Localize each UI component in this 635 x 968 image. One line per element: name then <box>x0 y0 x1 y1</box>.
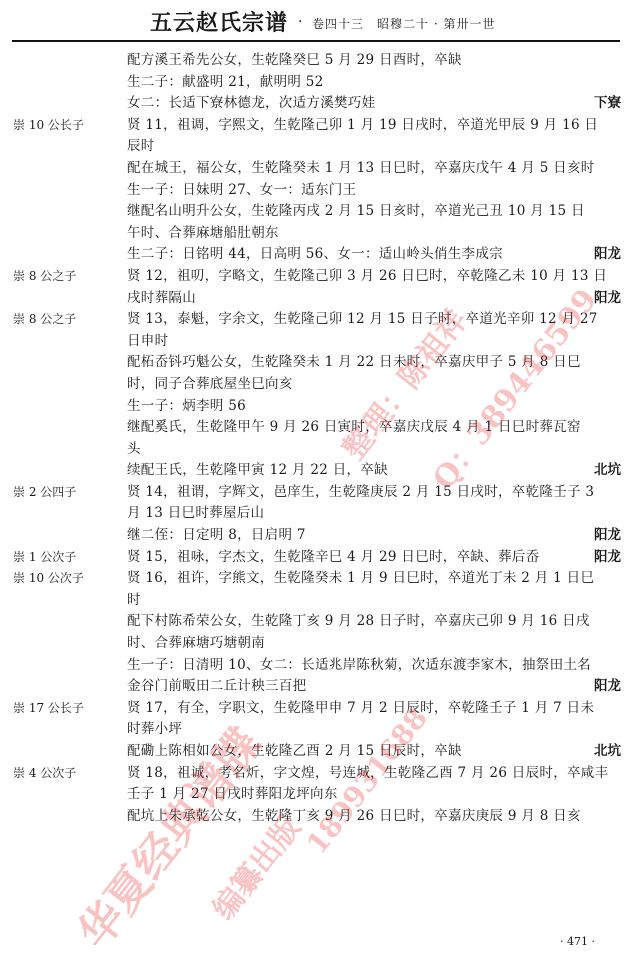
entry-text: 时，同子合葬底屋坐巳向亥 <box>127 374 293 396</box>
text-line: 时 <box>0 590 635 612</box>
text-line: 午时、合葬麻塘船肚朝东 <box>0 223 635 245</box>
entry-text: 头 <box>127 439 141 461</box>
entry-text: 继配奚氏，生乾隆甲午 9 月 26 日寅时，卒嘉庆戊辰 4 月 1 日巳时葬瓦窑 <box>127 417 581 439</box>
text-line: 继配奚氏，生乾隆甲午 9 月 26 日寅时，卒嘉庆戊辰 4 月 1 日巳时葬瓦窑 <box>0 417 635 439</box>
page-number: · 471 · <box>560 935 595 948</box>
entry-text: 戌时葬隔山 <box>127 288 196 310</box>
entry-text: 配柘岙钭巧魁公女，生乾隆癸未 1 月 22 日未时，卒嘉庆甲子 5 月 8 日巳 <box>127 352 581 374</box>
text-line: 月 13 日巳时葬屋后山 <box>0 503 635 525</box>
text-line: 崇 10 公长子贤 11，祖调，字熙文，生乾隆己卯 1 月 19 日戌时，卒道光… <box>0 115 635 137</box>
text-line: 戌时葬隔山阳龙 <box>0 288 635 310</box>
entry-text: 生一子：炳李明 56 <box>127 396 246 418</box>
place-name: 北坑 <box>594 460 621 482</box>
text-line: 日申时 <box>0 331 635 353</box>
place-name: 阳龙 <box>594 547 621 569</box>
text-line: 崇 1 公次子贤 15，祖咏，字杰文，生乾隆辛巳 4 月 29 日巳时，卒缺、葬… <box>0 547 635 569</box>
entry-text: 贤 13，泰魁，字余文，生乾隆己卯 12 月 15 日子时，卒道光辛卯 12 月… <box>127 309 598 331</box>
text-line: 生一子：日清明 10、女二：长适兆岸陈秋菊，次适东渡李家木，抽祭田土名 <box>0 655 635 677</box>
page-header: 五云赵氏宗谱 · 卷四十三 昭穆二十 · 第卅一世 <box>0 0 635 42</box>
entry-text: 贤 17，有全，字职文，生乾隆甲申 7 月 2 日辰时，卒乾隆壬子 1 月 7 … <box>127 698 594 720</box>
genealogy-entries: 配方溪王希先公女，生乾隆癸巳 5 月 29 日酉时，卒缺 生二子：献盛明 21，… <box>0 50 635 827</box>
place-name: 阳龙 <box>594 676 621 698</box>
text-line: 崇 17 公长子贤 17，有全，字职文，生乾隆甲申 7 月 2 日辰时，卒乾隆壬… <box>0 698 635 720</box>
text-line: 生二子：献盛明 21，献明明 52 <box>0 72 635 94</box>
text-line: 生二子：日铭明 44，日高明 56、女一：适山岭头俏生李成宗阳龙 <box>0 244 635 266</box>
place-name: 下寮 <box>594 93 621 115</box>
lineage-label: 崇 1 公次子 <box>13 547 76 569</box>
text-line: 配坑上朱承乾公女，生乾隆丁亥 9 月 26 日巳时，卒嘉庆庚辰 9 月 8 日亥 <box>0 806 635 828</box>
text-line: 女二：长适下寮林德龙，次适方溪樊巧娃下寮 <box>0 93 635 115</box>
lineage-label: 崇 8 公之子 <box>13 309 76 331</box>
entry-text: 配坑上朱承乾公女，生乾隆丁亥 9 月 26 日巳时，卒嘉庆庚辰 9 月 8 日亥 <box>127 806 581 828</box>
text-line: 继配名山明升公女，生乾隆丙戌 2 月 15 日亥时，卒道光己丑 10 月 15 … <box>0 201 635 223</box>
entry-text: 辰时 <box>127 136 155 158</box>
entry-text: 时葬小坪 <box>127 719 182 741</box>
text-line: 金谷门前畈田二丘计秧三百把阳龙 <box>0 676 635 698</box>
entry-text: 贤 15，祖咏，字杰文，生乾隆辛巳 4 月 29 日巳时，卒缺、葬后岙 <box>127 547 539 569</box>
text-line: 辰时 <box>0 136 635 158</box>
entry-text: 配在城王，福公女，生乾隆癸未 1 月 13 日巳时，卒嘉庆戊午 4 月 5 日亥… <box>127 158 595 180</box>
text-line: 继二侄：日定明 8，日启明 7阳龙 <box>0 525 635 547</box>
entry-text: 贤 12，祖叨，字略文，生乾隆己卯 3 月 26 日巳时，卒乾隆乙未 10 月 … <box>127 266 607 288</box>
text-line: 配磡上陈相如公女，生乾隆乙酉 2 月 15 日辰时，卒缺北坑 <box>0 741 635 763</box>
text-line: 崇 8 公之子贤 13，泰魁，字余文，生乾隆己卯 12 月 15 日子时，卒道光… <box>0 309 635 331</box>
entry-text: 贤 18，祖诚，考名炘，字文煌，号连城，生乾隆乙酉 7 月 26 日辰时，卒咸丰 <box>127 763 608 785</box>
lineage-label: 崇 17 公长子 <box>13 698 84 720</box>
lineage-label: 崇 2 公四子 <box>13 482 76 504</box>
text-line: 崇 2 公四子贤 14，祖谓，字辉文，邑庠生，生乾隆庚辰 2 月 15 日戌时，… <box>0 482 635 504</box>
entry-text: 续配王氏，生乾隆甲寅 12 月 22 日，卒缺 <box>127 460 388 482</box>
entry-text: 月 13 日巳时葬屋后山 <box>127 503 264 525</box>
text-line: 配在城王，福公女，生乾隆癸未 1 月 13 日巳时，卒嘉庆戊午 4 月 5 日亥… <box>0 158 635 180</box>
place-name: 阳龙 <box>594 288 621 310</box>
text-line: 续配王氏，生乾隆甲寅 12 月 22 日，卒缺北坑 <box>0 460 635 482</box>
text-line: 头 <box>0 439 635 461</box>
text-line: 时、合葬麻塘巧塘朝南 <box>0 633 635 655</box>
entry-text: 日申时 <box>127 331 168 353</box>
entry-text: 女二：长适下寮林德龙，次适方溪樊巧娃 <box>127 93 375 115</box>
title-separator: · <box>298 14 302 30</box>
place-name: 阳龙 <box>594 525 621 547</box>
text-line: 配柘岙钭巧魁公女，生乾隆癸未 1 月 22 日未时，卒嘉庆甲子 5 月 8 日巳 <box>0 352 635 374</box>
entry-text: 生一子：日清明 10、女二：长适兆岸陈秋菊，次适东渡李家木，抽祭田土名 <box>127 655 591 677</box>
lineage-label: 崇 10 公长子 <box>13 115 84 137</box>
lineage-label: 崇 10 公次子 <box>13 568 84 590</box>
text-line: 时，同子合葬底屋坐巳向亥 <box>0 374 635 396</box>
volume-subtitle: 卷四十三 昭穆二十 · 第卅一世 <box>312 15 495 32</box>
place-name: 北坑 <box>594 741 621 763</box>
entry-text: 配下村陈希荣公女，生乾隆丁亥 9 月 28 日子时，卒嘉庆己卯 9 月 16 日… <box>127 611 590 633</box>
entry-text: 贤 16，祖许，字熊文，生乾隆癸未 1 月 9 日巳时，卒道光丁未 2 月 1 … <box>127 568 594 590</box>
entry-text: 配磡上陈相如公女，生乾隆乙酉 2 月 15 日辰时，卒缺 <box>127 741 462 763</box>
entry-text: 继二侄：日定明 8，日启明 7 <box>127 525 306 547</box>
text-line: 生一子：日妹明 27、女一：适东门王 <box>0 180 635 202</box>
entry-text: 生二子：日铭明 44，日高明 56、女一：适山岭头俏生李成宗 <box>127 244 503 266</box>
text-line: 崇 10 公次子贤 16，祖许，字熊文，生乾隆癸未 1 月 9 日巳时，卒道光丁… <box>0 568 635 590</box>
text-line: 崇 8 公之子贤 12，祖叨，字略文，生乾隆己卯 3 月 26 日巳时，卒乾隆乙… <box>0 266 635 288</box>
lineage-label: 崇 4 公次子 <box>13 763 76 785</box>
entry-text: 午时、合葬麻塘船肚朝东 <box>127 223 279 245</box>
place-name: 阳龙 <box>594 244 621 266</box>
entry-text: 壬子 1 月 27 日戌时葬阳龙坪向东 <box>127 784 338 806</box>
text-line: 时葬小坪 <box>0 719 635 741</box>
entry-text: 时、合葬麻塘巧塘朝南 <box>127 633 265 655</box>
entry-text: 配方溪王希先公女，生乾隆癸巳 5 月 29 日酉时，卒缺 <box>127 50 462 72</box>
entry-text: 金谷门前畈田二丘计秧三百把 <box>127 676 306 698</box>
text-line: 配下村陈希荣公女，生乾隆丁亥 9 月 28 日子时，卒嘉庆己卯 9 月 16 日… <box>0 611 635 633</box>
header-divider <box>12 40 620 42</box>
entry-text: 生二子：献盛明 21，献明明 52 <box>127 72 324 94</box>
text-line: 配方溪王希先公女，生乾隆癸巳 5 月 29 日酉时，卒缺 <box>0 50 635 72</box>
entry-text: 时 <box>127 590 141 612</box>
entry-text: 贤 11，祖调，字熙文，生乾隆己卯 1 月 19 日戌时，卒道光甲辰 9 月 1… <box>127 115 598 137</box>
text-line: 壬子 1 月 27 日戌时葬阳龙坪向东 <box>0 784 635 806</box>
entry-text: 继配名山明升公女，生乾隆丙戌 2 月 15 日亥时，卒道光己丑 10 月 15 … <box>127 201 585 223</box>
lineage-label: 崇 8 公之子 <box>13 266 76 288</box>
book-title: 五云赵氏宗谱 <box>150 6 288 37</box>
entry-text: 生一子：日妹明 27、女一：适东门王 <box>127 180 356 202</box>
entry-text: 贤 14，祖谓，字辉文，邑庠生，生乾隆庚辰 2 月 15 日戌时，卒乾隆壬子 3 <box>127 482 594 504</box>
text-line: 崇 4 公次子贤 18，祖诚，考名炘，字文煌，号连城，生乾隆乙酉 7 月 26 … <box>0 763 635 785</box>
text-line: 生一子：炳李明 56 <box>0 396 635 418</box>
